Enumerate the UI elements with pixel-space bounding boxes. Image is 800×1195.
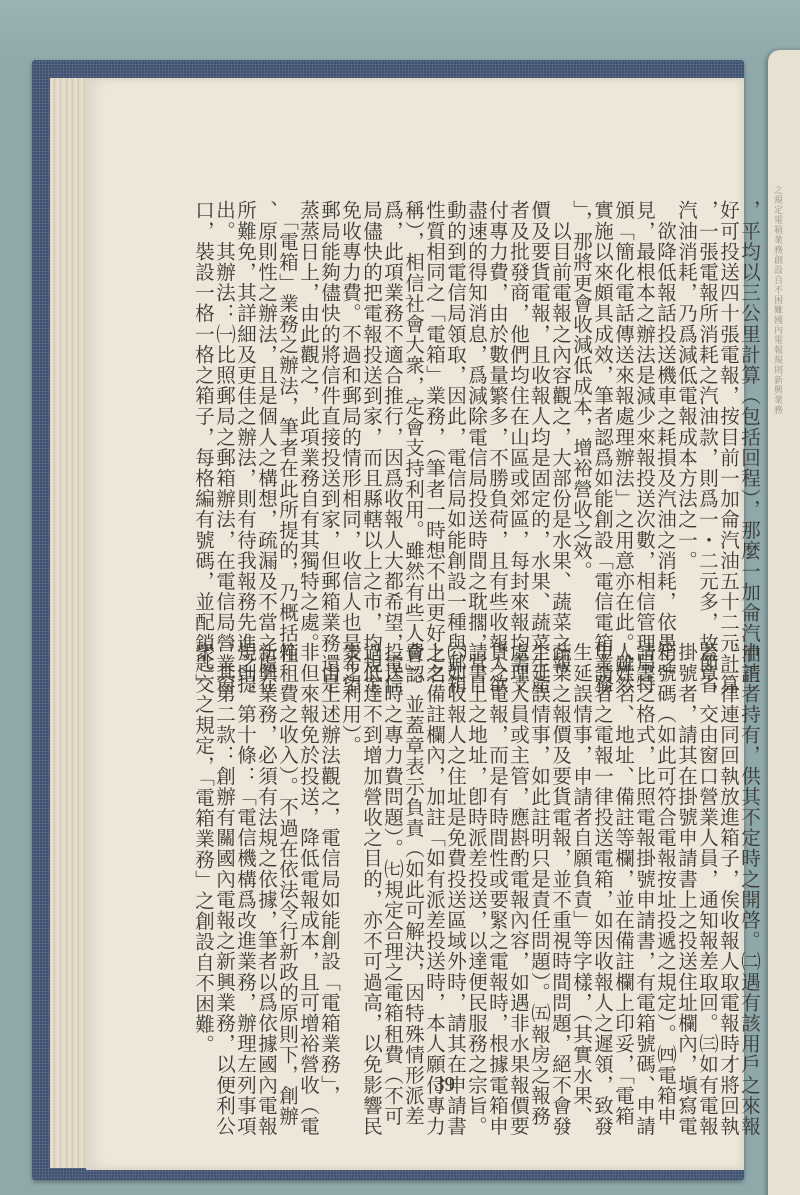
text-column: 箱號碼（如此可符合電報按址投遞之規定）。㈣電箱申 bbox=[655, 642, 676, 1072]
text-column: 申請者之電報一律投送電箱，如因收報人之遲領，致發 bbox=[592, 642, 613, 1072]
upper-text-block: ，平均以三公里計算（包括回程），那麼一加侖汽油正 好可投送四十張電報，按目前一加… bbox=[140, 200, 760, 630]
text-column: 動的到電信局領取，因此，電信局如能創設一種與郵箱 bbox=[445, 200, 466, 630]
text-column: 人姓名、地址、備註等欄，並在備註欄上印妥，「電箱 bbox=[613, 642, 634, 1072]
text-column: 生延誤情事，申請者自願負責」等字樣，（其實水果、 bbox=[571, 642, 592, 1072]
adjacent-page: 之規定電箱業務創設自不困難國內電報規則新興業務 bbox=[768, 50, 800, 1195]
text-column: 生延誤情事，如此註明只是責任問題）。㈤報房之報務 bbox=[529, 642, 550, 1072]
text-column: 免收專力費。不過和郵局的情形相同，收信人也是希望 bbox=[340, 200, 361, 630]
text-column: 好可投送四十張電報，按目前一加侖汽油五十二元計算 bbox=[718, 200, 739, 630]
text-column: 請書之格式，比照電報掛號申請書，有電箱號碼、申請 bbox=[634, 642, 655, 1072]
text-column: 貨之電報，而是有時間性或要緊之電報時，根據電箱申 bbox=[487, 642, 508, 1072]
page-number: 39 bbox=[434, 1072, 455, 1097]
page-edges bbox=[50, 78, 90, 1168]
text-column: 見，最根本之辦法是減少來報投送次數，相信管理局特 bbox=[634, 200, 655, 630]
text-column: ，平均以三公里計算（包括回程），那麼一加侖汽油正 bbox=[739, 200, 760, 630]
text-column: 盡速的得知消息，爲減除電信局投送時間之耽擱，常自 bbox=[466, 200, 487, 630]
text-column: 性質相同之「電箱」業務，（筆者一時想不出更好之名 bbox=[424, 200, 445, 630]
text-column: 箱租費之收入）。不過在依法令行新政的原則下，創辦 bbox=[277, 642, 298, 1072]
text-column: ，其第二款：創辦有關國內電報之新興業務，以便利公 bbox=[214, 642, 235, 1072]
text-column: 衆。」之規定，「電箱業務」之創設自不困難。 bbox=[193, 642, 214, 1072]
text-column: 郵局能夠儘快的將信件直接投送到家，但郵箱業務還是 bbox=[319, 200, 340, 630]
text-column: 」，那將更會收減低成本，增裕營收之效。 bbox=[571, 200, 592, 630]
text-column: 頒「簡化電話傳送來報處理辦法」之用意亦在此。雖然 bbox=[613, 200, 634, 630]
text-column: 新興業務，必須有法規之依據，筆者以爲依據國內電報 bbox=[256, 642, 277, 1072]
adjacent-page-text: 之規定電箱業務創設自不困難國內電報規則新興業務 bbox=[772, 185, 782, 1185]
text-column: 爲，此項業務不適合推行，因爲收報人大都希望，電信 bbox=[382, 200, 403, 630]
text-column: 付專力費，由於數量繁多，不勝負荷，且有些收報人欲 bbox=[487, 200, 508, 630]
text-column: 者及批發商，他們均住在山區或郊區，每封來報均需支 bbox=[508, 200, 529, 630]
text-column: 所難免，其詳細及更佳之辦法，則有待我報務先進之提 bbox=[235, 200, 256, 630]
text-column: 稱），相信社會大衆，定會支持利用。雖然有些人會認 bbox=[403, 200, 424, 630]
text-column: 「電箱」業務之辦法，筆者在此所提的，乃概括性 bbox=[277, 200, 298, 630]
text-column: 衆之利用）。 bbox=[340, 642, 361, 1072]
text-column: 汽油消耗，乃爲減低電報成本方法之一。 bbox=[676, 200, 697, 630]
text-column: 掛號者，請其在掛號申請書上之投送住址欄內，塡寫電 bbox=[676, 642, 697, 1072]
text-column: ㈥如收報人之住址是免費投送區域外時，請其在申請書 bbox=[445, 642, 466, 1072]
text-column: 申請者持有，供其不定時之開啓。㈡遇有該用戶之來報 bbox=[739, 642, 760, 1072]
text-column: 欲降低報話投送機車之耗損及汽油之消耗，依愚之 bbox=[655, 200, 676, 630]
text-column: 由上述辦法觀之，電信局如能創設「電箱業務」， bbox=[319, 642, 340, 1072]
text-column: ，一張電報所消耗之汽油款，則爲一・二元多，故節省 bbox=[697, 200, 718, 630]
text-column: ，一律連同回執放進箱子，俟收報人取電報時才將回執 bbox=[718, 642, 739, 1072]
text-column: 蒸蒸日上，由此觀之，此項業務自有其獨特之處。 bbox=[298, 200, 319, 630]
text-column: 、原則性之辦法，且是個人之構想，疏漏及不當之處在 bbox=[256, 200, 277, 630]
text-column: 請書上之地址，卽時派差投送，以達便民服務之宗旨。 bbox=[466, 642, 487, 1072]
lower-text-block: 申請者持有，供其不定時之開啓。㈡遇有該用戶之來報 ，一律連同回執放進箱子，俟收報… bbox=[140, 642, 760, 1072]
text-column: 出。其辦法：㈠比照郵局之郵箱辦法，在電信局營業窗 bbox=[214, 200, 235, 630]
text-column: 上之備註欄內，加註「如有派差投送時，本人願付專力 bbox=[424, 642, 445, 1072]
text-column: 過低達不到增加營收之目的，亦不可過高，以免影響民 bbox=[361, 642, 382, 1072]
text-column: 以目前電報之內容觀之，大部份是水果、蔬菜之報 bbox=[550, 200, 571, 630]
text-column: 口，裝設一格一格之箱子，每格編有號碼，並配鎖匙交 bbox=[193, 200, 214, 630]
text-column: 處理人員或主管，應斟酌電報內容，如遇非水果報價要 bbox=[508, 642, 529, 1072]
background-surface bbox=[0, 0, 800, 62]
text-column: 局儘快的把電報投送到家，而且縣轄以上之市，均規定 bbox=[361, 200, 382, 630]
text-column: 價及要貨電報，且收報人均是固定的，水果、蔬菜生產 bbox=[529, 200, 550, 630]
text-column: 非但來報免於投送，降低電報成本，且可增裕營收（電 bbox=[298, 642, 319, 1072]
text-column: 蓋章，交由窗口營業人員，通知報差取回。㈢如有電報 bbox=[697, 642, 718, 1072]
text-column: 實施以來頗具成效，筆者認爲如能創設「電信電箱業務 bbox=[592, 200, 613, 630]
text-column: 蔬菜之報價及要貨電報，並不重視時間問題，絕不會發 bbox=[550, 642, 571, 1072]
text-column: 投送時之專力費問題）。㈦規定合理之電箱租費（不可 bbox=[382, 642, 403, 1072]
text-column: 費」，並蓋章表示負責（如此可解決，因特殊情形派差 bbox=[403, 642, 424, 1072]
text-column: 規則，第十條：「電信機構爲改進業務，辦理左列事項 bbox=[235, 642, 256, 1072]
